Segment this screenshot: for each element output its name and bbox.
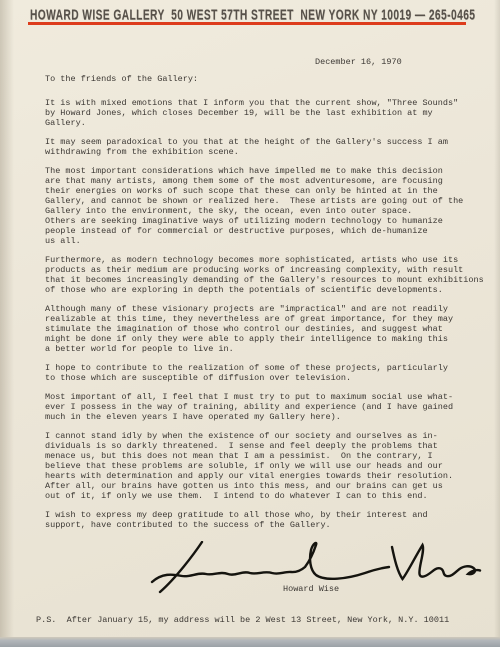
letter-page: HOWARD WISE GALLERY 50 WEST 57TH STREET …	[0, 0, 500, 647]
paragraph: Furthermore, as modern technology become…	[45, 255, 493, 295]
paragraph: Most important of all, I feel that I mus…	[45, 392, 493, 422]
signature-stroke-h	[160, 542, 202, 592]
scan-edge-right-shadow	[494, 0, 500, 647]
letterhead-rule	[28, 22, 466, 25]
signature-stroke-wise	[392, 545, 480, 579]
paragraph: It is with mixed emotions that I inform …	[45, 98, 493, 128]
salutation: To the friends of the Gallery:	[45, 74, 198, 84]
paragraph: I cannot stand idly by when the existenc…	[45, 431, 493, 501]
paragraph: I hope to contribute to the realization …	[45, 363, 493, 383]
scan-edge-left-shadow	[0, 0, 14, 647]
letter-body: It is with mixed emotions that I inform …	[45, 98, 493, 539]
typed-signature-name: Howard Wise	[283, 584, 339, 594]
paragraph: Although many of these visionary project…	[45, 304, 493, 354]
postscript: P.S. After January 15, my address will b…	[36, 615, 449, 625]
paragraph: The most important considerations which …	[45, 166, 493, 246]
paragraph: It may seem paradoxical to you that at t…	[45, 137, 493, 157]
scan-edge-bottom-shadow	[0, 637, 500, 647]
paragraph: I wish to express my deep gratitude to a…	[45, 510, 493, 530]
letterhead-text: HOWARD WISE GALLERY 50 WEST 57TH STREET …	[30, 6, 475, 23]
letter-date: December 16, 1970	[315, 57, 402, 67]
